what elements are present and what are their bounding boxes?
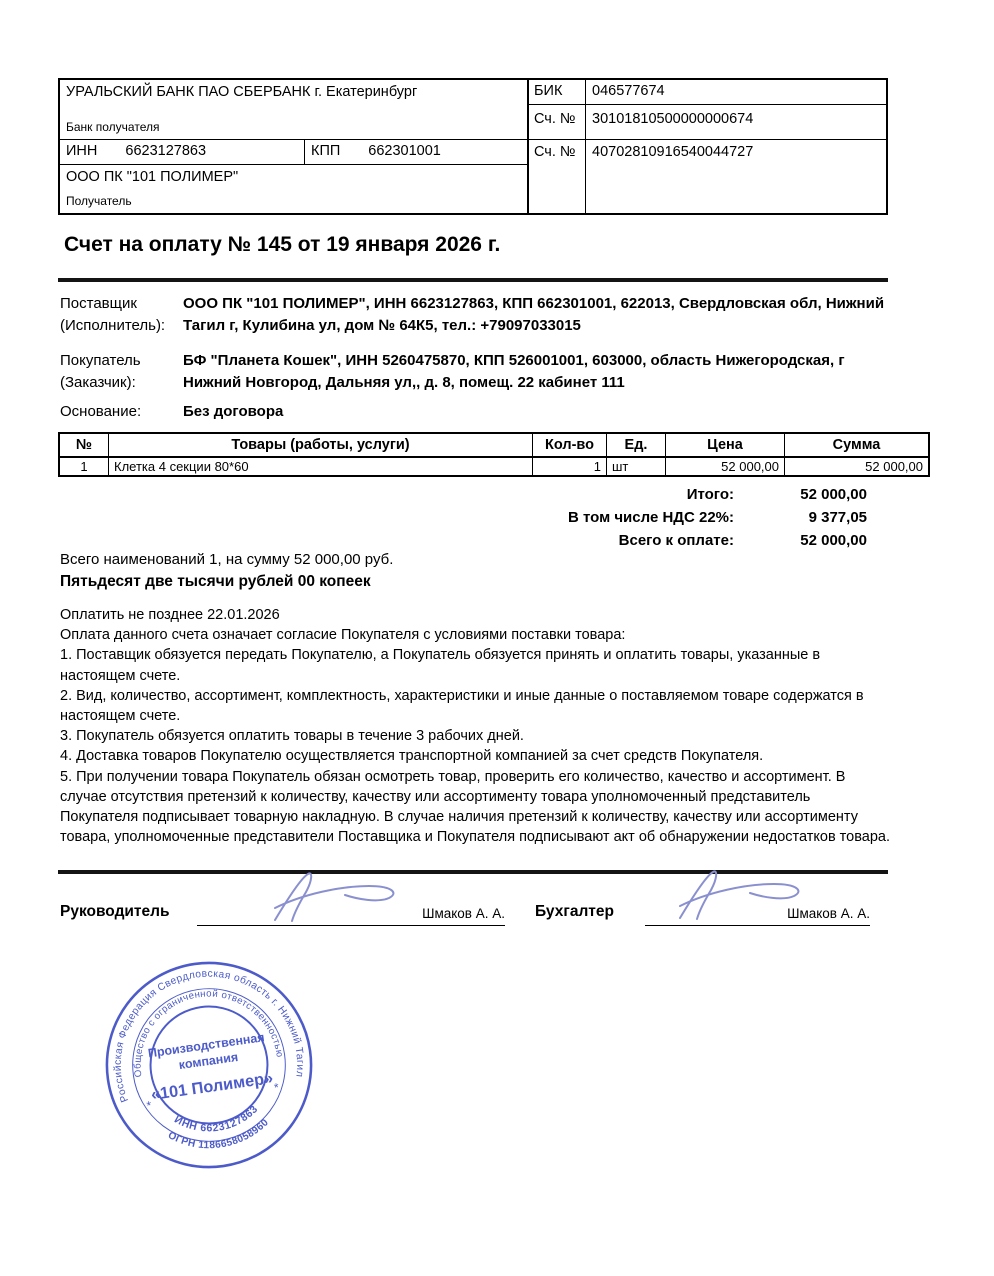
bik-label: БИК [529,80,586,105]
term-3: 3. Покупатель обязуется оплатить товары … [60,726,890,746]
buyer-value: БФ "Планета Кошек", ИНН 5260475870, КПП … [183,350,888,394]
header-goods: Товары (работы, услуги) [109,433,533,457]
vat-label: В том числе НДС 22%: [58,506,734,529]
vat-value: 9 377,05 [734,506,873,529]
director-label: Руководитель [60,903,170,921]
term-4: 4. Доставка товаров Покупателю осуществл… [60,746,890,766]
pay-before-line: Оплатить не позднее 22.01.2026 [60,605,890,625]
kpp-value: 662301001 [368,143,441,159]
accountant-name: Шмаков А. А. [787,906,870,921]
summary-line: Всего наименований 1, на сумму 52 000,00… [60,551,393,568]
invoice-title: Счет на оплату № 145 от 19 января 2026 г… [64,233,500,257]
grand-total-label: Всего к оплате: [58,529,734,552]
term-2: 2. Вид, количество, ассортимент, комплек… [60,686,890,726]
accountant-signature-line: Шмаков А. А. [645,902,870,926]
term-5: 5. При получении товара Покупатель обяза… [60,767,890,848]
inn-label: ИНН [66,143,97,159]
kpp-label: КПП [311,143,340,159]
corr-account-label: Сч. № [529,105,586,140]
bank-requisites-table: УРАЛЬСКИЙ БАНК ПАО СБЕРБАНК г. Екатеринб… [58,78,888,215]
items-header-row: № Товары (работы, услуги) Кол-во Ед. Цен… [59,433,929,457]
terms-block: Оплатить не позднее 22.01.2026 Оплата да… [60,605,890,847]
director-signature-line: Шмаков А. А. [197,902,505,926]
stamp-center-line3: «101 Полимер» [150,1069,274,1104]
bank-name-cell: УРАЛЬСКИЙ БАНК ПАО СБЕРБАНК г. Екатеринб… [60,80,527,140]
director-name: Шмаков А. А. [422,906,505,921]
payee-cell: ООО ПК "101 ПОЛИМЕР" Получатель [60,165,527,213]
totals-block: Итого: 52 000,00 В том числе НДС 22%: 9 … [58,483,873,552]
vat-row: В том числе НДС 22%: 9 377,05 [58,506,873,529]
kpp-cell: КПП662301001 [305,140,527,165]
buyer-label: Покупатель (Заказчик): [60,350,183,394]
grand-total-row: Всего к оплате: 52 000,00 [58,529,873,552]
header-quantity: Кол-во [533,433,607,457]
account-value: 40702810916540044727 [586,140,886,213]
basis-label: Основание: [60,401,183,423]
company-stamp: Российская Федерация Свердловская област… [100,956,318,1174]
amount-in-words: Пятьдесят две тысячи рублей 00 копеек [60,573,371,591]
divider-line-bottom [58,870,888,874]
supplier-label: Поставщик (Исполнитель): [60,293,183,337]
bank-name: УРАЛЬСКИЙ БАНК ПАО СБЕРБАНК г. Екатеринб… [66,84,521,101]
terms-intro: Оплата данного счета означает согласие П… [60,625,890,645]
total-row: Итого: 52 000,00 [58,483,873,506]
stamp-star-right: * [273,1080,280,1095]
item-name: Клетка 4 секции 80*60 [109,457,533,476]
payee-name: ООО ПК "101 ПОЛИМЕР" [66,169,521,186]
payee-label: Получатель [66,193,132,210]
header-unit: Ед. [607,433,666,457]
header-price: Цена [666,433,785,457]
invoice-page: УРАЛЬСКИЙ БАНК ПАО СБЕРБАНК г. Екатеринб… [0,0,994,1276]
bank-label: Банк получателя [66,119,159,136]
supplier-row: Поставщик (Исполнитель): ООО ПК "101 ПОЛ… [60,293,888,337]
items-table: № Товары (работы, услуги) Кол-во Ед. Цен… [58,432,930,477]
basis-value: Без договора [183,401,888,423]
total-value: 52 000,00 [734,483,873,506]
item-quantity: 1 [533,457,607,476]
supplier-value: ООО ПК "101 ПОЛИМЕР", ИНН 6623127863, КП… [183,293,888,337]
divider-line-top [58,278,888,282]
basis-row: Основание: Без договора [60,401,888,423]
total-label: Итого: [58,483,734,506]
item-sum: 52 000,00 [785,457,930,476]
corr-account-value: 30101810500000000674 [586,105,886,140]
buyer-row: Покупатель (Заказчик): БФ "Планета Кошек… [60,350,888,394]
grand-total-value: 52 000,00 [734,529,873,552]
header-sum: Сумма [785,433,930,457]
term-1: 1. Поставщик обязуется передать Покупате… [60,645,890,685]
item-unit: шт [607,457,666,476]
header-number: № [59,433,109,457]
bik-value: 046577674 [586,80,886,105]
item-price: 52 000,00 [666,457,785,476]
item-number: 1 [59,457,109,476]
inn-cell: ИНН6623127863 [60,140,305,165]
table-row: 1 Клетка 4 секции 80*60 1 шт 52 000,00 5… [59,457,929,476]
inn-value: 6623127863 [125,143,206,159]
account-label: Сч. № [529,140,586,213]
accountant-label: Бухгалтер [535,903,614,921]
